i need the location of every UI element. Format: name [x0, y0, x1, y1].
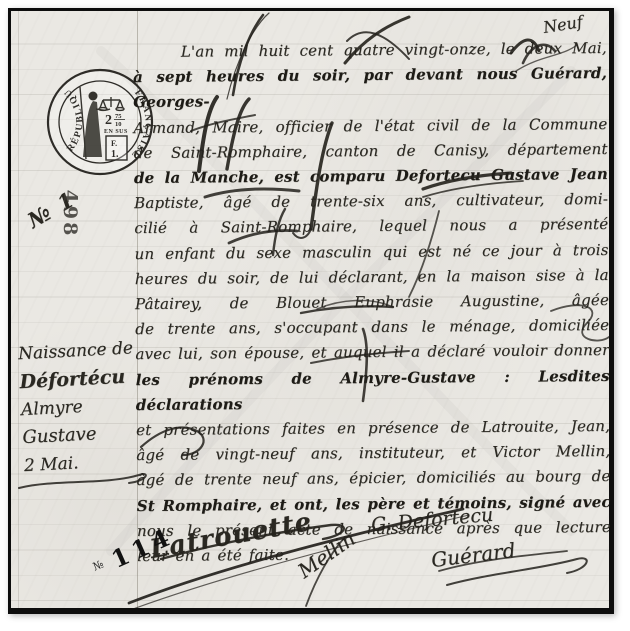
act-body: L'an mil huit cent quatre vingt-onze, le…	[133, 36, 612, 569]
corner-correction-note: Neuf	[542, 12, 584, 37]
control-number-prefix: №	[91, 558, 106, 574]
act-line: les prénoms de Almyre-Gustave : Lesdites…	[136, 364, 610, 419]
rotated-page-number: 498	[39, 183, 101, 245]
act-line: un enfant du sexe masculin qui est né ce…	[134, 238, 608, 267]
document-scan: RÉPUBLIQUE FRANÇAISE 2 75 10 EN SUS F. 1…	[8, 8, 614, 614]
screenshot-root: { "page": { "corner_note": "Neuf", "regi…	[0, 0, 630, 631]
act-line: Armand, Maire, officier de l'état civil …	[133, 112, 607, 141]
stamp-value-den: 10	[115, 121, 122, 128]
margin-note: Naissance de Défortécu Almyre Gustave 2 …	[17, 334, 146, 480]
stamp-value-num: 75	[115, 113, 122, 120]
act-line: à sept heures du soir, par devant nous G…	[133, 61, 607, 116]
stamp-tablet-one: 1.	[111, 149, 119, 160]
act-line: âgé de trente neuf ans, épicier, domicil…	[136, 464, 610, 493]
margin-note-date: 2 Mai.	[23, 446, 146, 480]
act-line: cilié à Saint-Romphaire, lequel nous a p…	[134, 212, 608, 241]
act-line: avec lui, son épouse, et auquel il a déc…	[135, 338, 609, 367]
stamp-value-sub: EN SUS	[104, 129, 128, 135]
page-edge-rule	[18, 11, 19, 608]
stamp-tablet-f: F.	[111, 139, 117, 148]
stamp-value-main: 2	[105, 113, 112, 128]
